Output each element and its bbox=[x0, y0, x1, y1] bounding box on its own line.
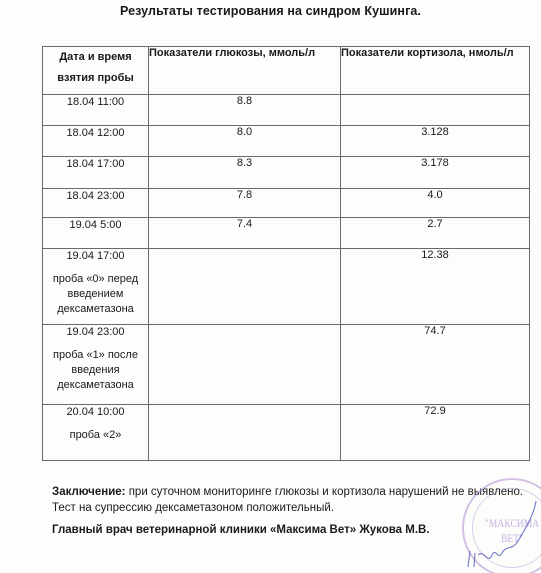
cell-datetime: 19.04 23:00 проба «1» после введения дек… bbox=[43, 325, 149, 405]
cell-glucose: 8.3 bbox=[149, 157, 341, 189]
sample-datetime: 19.04 23:00 bbox=[66, 326, 124, 338]
sample-datetime: 20.04 10:00 bbox=[66, 406, 124, 418]
cell-cortisol: 2.7 bbox=[341, 218, 530, 249]
table-row: 18.04 23:00 7.8 4.0 bbox=[43, 189, 530, 218]
document-title: Результаты тестирования на синдром Кушин… bbox=[0, 4, 541, 18]
header-datetime-line1: Дата и время bbox=[59, 51, 131, 63]
table-row: 20.04 10:00 проба «2» 72.9 bbox=[43, 405, 530, 461]
cell-cortisol: 12.38 bbox=[341, 249, 530, 325]
cell-datetime: 20.04 10:00 проба «2» bbox=[43, 405, 149, 461]
header-glucose: Показатели глюкозы, ммоль/л bbox=[149, 47, 341, 95]
header-datetime: Дата и время взятия пробы bbox=[43, 47, 149, 95]
conclusion: Заключение: при суточном мониторинге глю… bbox=[52, 484, 532, 516]
cell-cortisol: 3.128 bbox=[341, 126, 530, 157]
cell-glucose bbox=[149, 325, 341, 405]
cell-cortisol: 3.178 bbox=[341, 157, 530, 189]
sample-datetime: 19.04 17:00 bbox=[66, 250, 124, 262]
cell-cortisol bbox=[341, 95, 530, 126]
conclusion-label: Заключение: bbox=[52, 486, 126, 498]
sample-note: проба «2» bbox=[43, 428, 148, 443]
cell-cortisol: 74.7 bbox=[341, 325, 530, 405]
cell-cortisol: 72.9 bbox=[341, 405, 530, 461]
table-row: 18.04 11:00 8.8 bbox=[43, 95, 530, 126]
cell-cortisol: 4.0 bbox=[341, 189, 530, 218]
sample-note: проба «0» перед введением дексаметазона bbox=[43, 272, 148, 317]
cell-glucose: 8.8 bbox=[149, 95, 341, 126]
header-cortisol: Показатели кортизола, нмоль/л bbox=[341, 47, 530, 95]
table-row: 19.04 5:00 7.4 2.7 bbox=[43, 218, 530, 249]
cell-datetime: 18.04 17:00 bbox=[43, 157, 149, 189]
header-datetime-line2: взятия пробы bbox=[57, 72, 134, 84]
cell-glucose bbox=[149, 249, 341, 325]
handwritten-signature-icon bbox=[462, 495, 541, 573]
cell-glucose: 7.4 bbox=[149, 218, 341, 249]
results-table: Дата и время взятия пробы Показатели глю… bbox=[42, 46, 530, 461]
table-row: 18.04 17:00 8.3 3.178 bbox=[43, 157, 530, 189]
sample-note: проба «1» после введения дексаметазона bbox=[43, 348, 148, 393]
cell-glucose: 8.0 bbox=[149, 126, 341, 157]
table-row: 19.04 23:00 проба «1» после введения дек… bbox=[43, 325, 530, 405]
signature-line: Главный врач ветеринарной клиники «Макси… bbox=[52, 524, 430, 536]
cell-glucose bbox=[149, 405, 341, 461]
table-row: 19.04 17:00 проба «0» перед введением де… bbox=[43, 249, 530, 325]
cell-datetime: 18.04 23:00 bbox=[43, 189, 149, 218]
cell-glucose: 7.8 bbox=[149, 189, 341, 218]
table-row: 18.04 12:00 8.0 3.128 bbox=[43, 126, 530, 157]
cell-datetime: 19.04 5:00 bbox=[43, 218, 149, 249]
cell-datetime: 18.04 11:00 bbox=[43, 95, 149, 126]
table-header-row: Дата и время взятия пробы Показатели глю… bbox=[43, 47, 530, 95]
cell-datetime: 18.04 12:00 bbox=[43, 126, 149, 157]
cell-datetime: 19.04 17:00 проба «0» перед введением де… bbox=[43, 249, 149, 325]
